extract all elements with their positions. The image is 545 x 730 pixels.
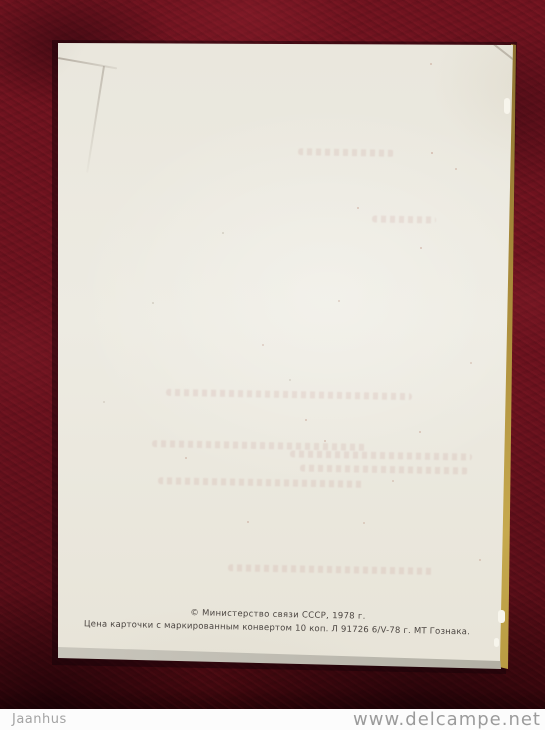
crease-mark xyxy=(86,66,105,173)
watermark-seller: Jaanhus xyxy=(12,712,67,727)
edge-chip xyxy=(494,638,499,647)
postcard-back: © Министерство связи СССР, 1978 г. Цена … xyxy=(0,0,545,709)
show-through-smudge xyxy=(152,440,366,451)
watermark-site: www.delcampe.net xyxy=(353,709,541,730)
show-through-smudge xyxy=(166,389,412,400)
edge-chip xyxy=(504,98,510,114)
show-through-smudge xyxy=(228,564,433,575)
price-line: Цена карточки с маркированным конвертом … xyxy=(72,619,482,639)
show-through-smudge xyxy=(290,450,472,460)
photo-area: © Министерство связи СССР, 1978 г. Цена … xyxy=(0,0,545,710)
show-through-smudge xyxy=(158,477,363,488)
watermark-bar: Jaanhus www.delcampe.net xyxy=(0,709,545,730)
edge-chip xyxy=(498,610,505,623)
show-through-smudge xyxy=(300,465,468,475)
crease-mark xyxy=(58,57,117,69)
show-through-smudge xyxy=(298,148,394,157)
show-through-smudge xyxy=(372,215,436,223)
